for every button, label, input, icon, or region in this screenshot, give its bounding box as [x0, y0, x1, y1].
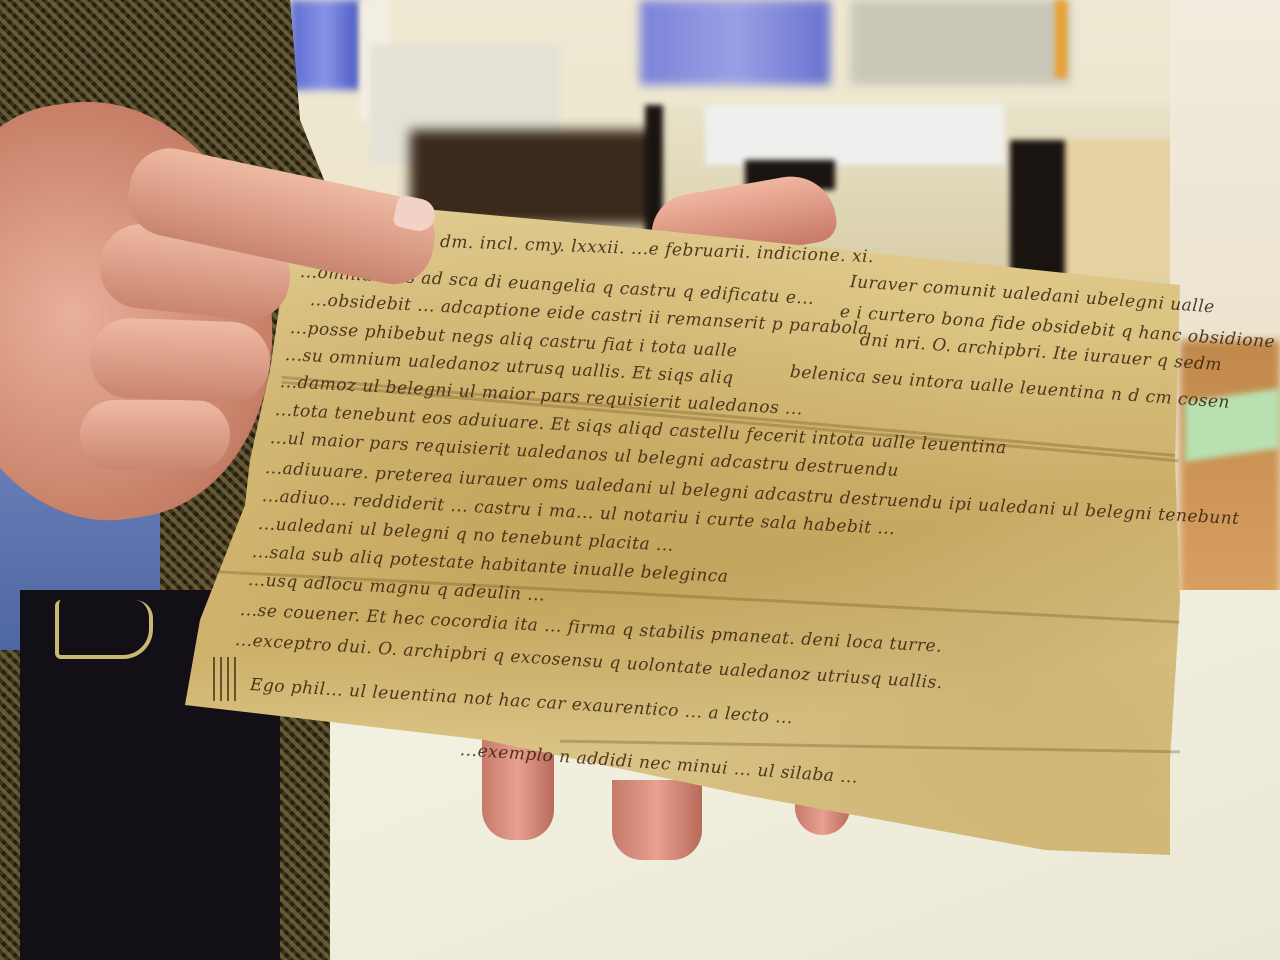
photo-scene: dm. incl. cmy. lxxxii. ...e februarii. i… — [0, 0, 1280, 960]
text-line: ...exemplo n addidi nec minui ... ul sil… — [459, 740, 858, 788]
ring-finger — [89, 317, 272, 403]
notary-signum-icon — [213, 657, 241, 701]
text-line: ...usq adlocu magnu q adeulin ... — [247, 570, 545, 606]
text-line: Ego phil... ul leuentina not hac car exa… — [249, 675, 793, 728]
little-finger — [80, 400, 230, 470]
text-line: dm. incl. cmy. lxxxii. ...e februarii. i… — [440, 232, 875, 267]
